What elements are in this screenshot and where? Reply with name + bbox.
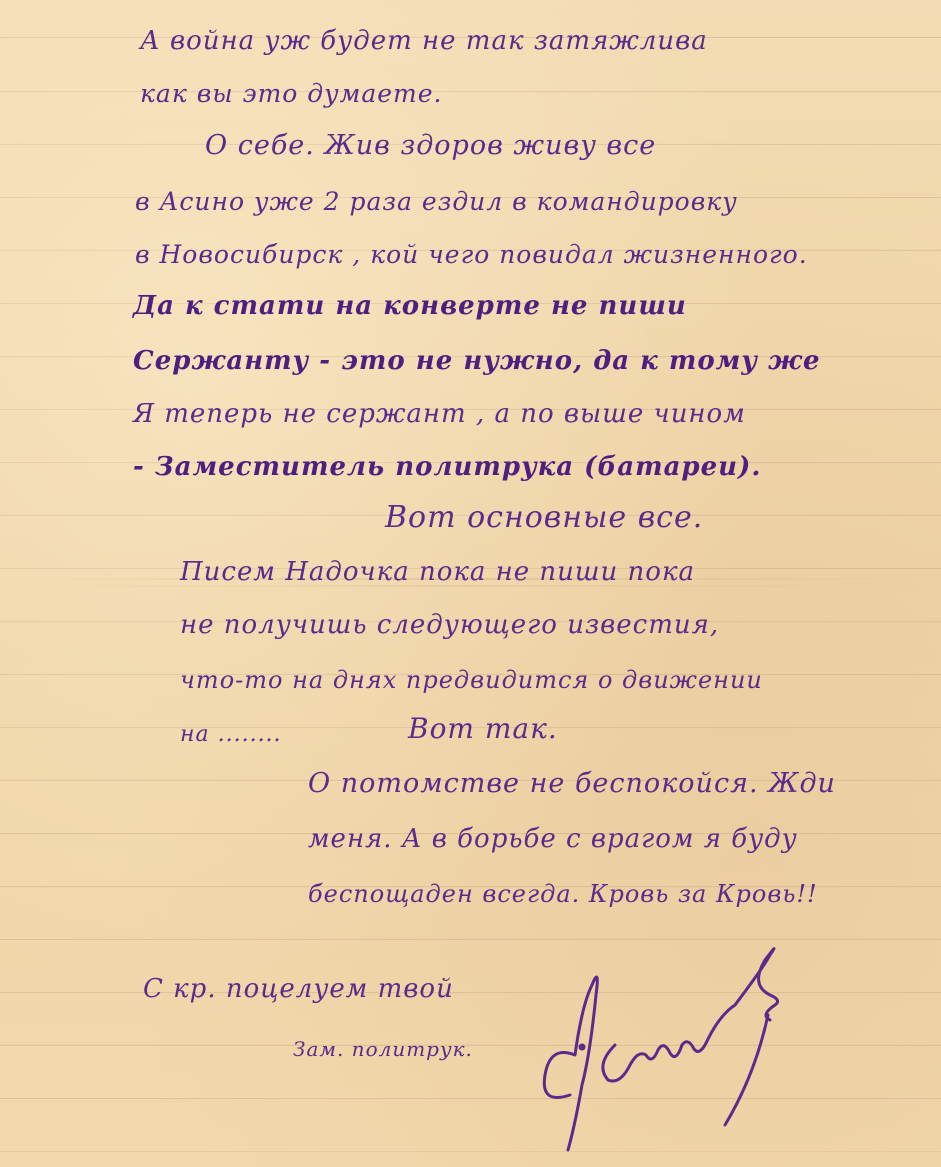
- letter-line: в Асино уже 2 раза ездил в командировку: [135, 187, 738, 216]
- letter-line: Я теперь не сержант , а по выше чином: [133, 399, 746, 429]
- letter-line: меня. А в борьбе с врагом я буду: [308, 824, 798, 854]
- letter-heading-line: Вот основные все.: [385, 500, 703, 535]
- letter-line: Сержанту - это не нужно, да к тому же: [133, 346, 820, 376]
- letter-line: как вы это думаете.: [140, 79, 443, 108]
- signature-icon: [520, 945, 820, 1165]
- letter-line: О потомстве не беспокойся. Жди: [308, 768, 836, 799]
- letter-line: О себе. Жив здоров живу все: [205, 130, 656, 161]
- letter-line: в Новосибирск , кой чего повидал жизненн…: [135, 240, 808, 269]
- letter-line: - Заместитель политрука (батареи).: [133, 452, 761, 482]
- letter-line: не получишь следующего известия,: [180, 610, 719, 640]
- letter-line: Да к стати на конверте не пиши: [133, 291, 687, 321]
- letter-line: Писем Надочка пока не пиши пока: [180, 557, 695, 587]
- letter-line: что-то на днях предвидится о движении: [180, 666, 763, 694]
- signer-title: Зам. политрук.: [293, 1037, 473, 1061]
- letter-line: Вот так.: [408, 712, 558, 745]
- closing-line: С кр. поцелуем твой: [143, 974, 454, 1004]
- letter-line: беспощаден всегда. Кровь за Кровь!!: [308, 880, 818, 908]
- letter-line: на ........: [180, 722, 282, 747]
- letter-line: А война уж будет не так затяжлива: [140, 26, 708, 56]
